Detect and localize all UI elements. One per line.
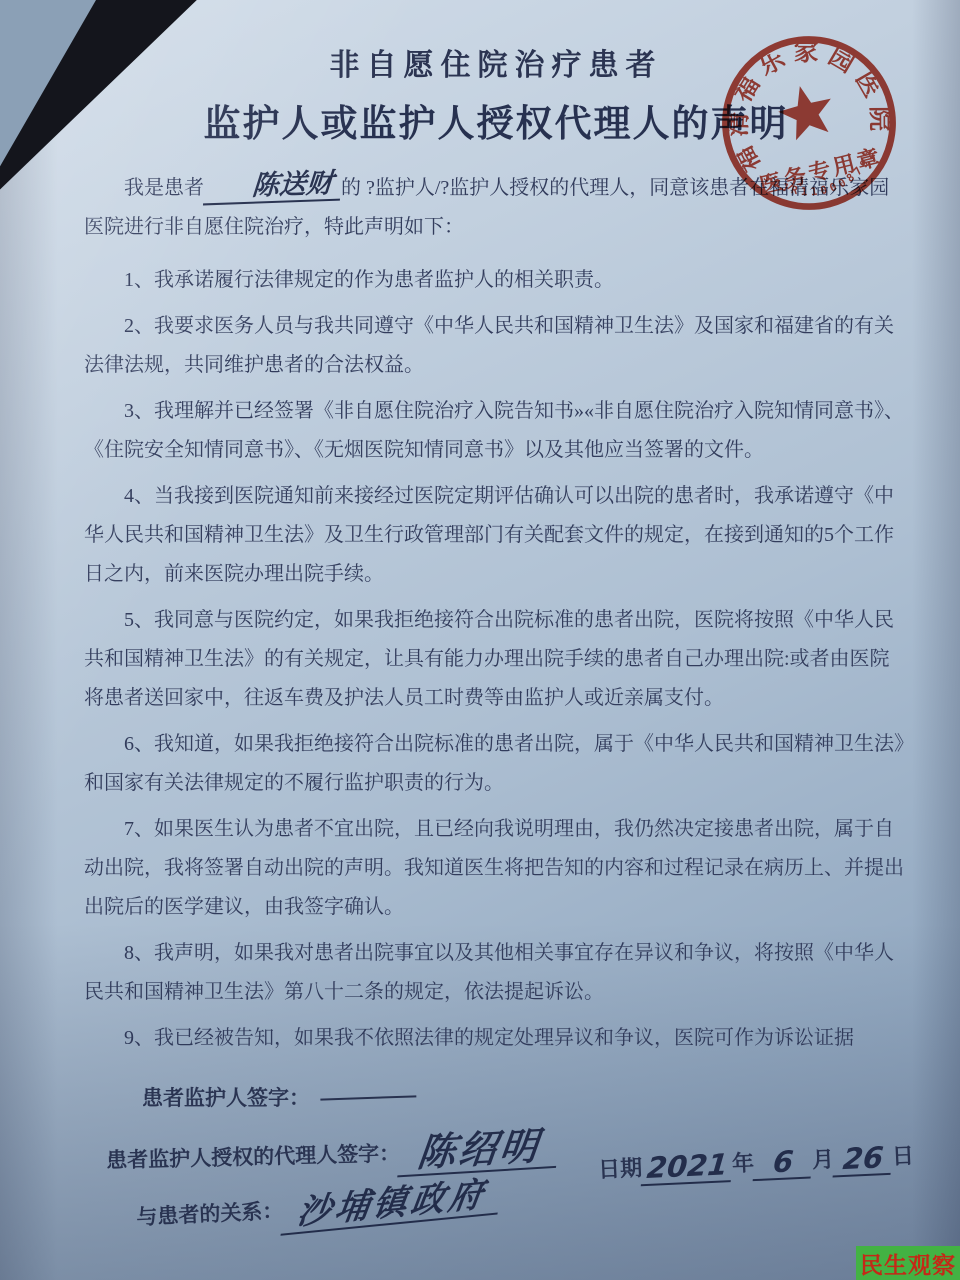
guardian-signature-label: 患者监护人签字： — [142, 1086, 310, 1110]
date-year-handwritten: 2021 — [641, 1150, 734, 1186]
clause-9: 9、我已经被告知，如果我不依照法律的规定处理异议和争议，医院可作为诉讼证据 — [84, 1019, 908, 1058]
agent-signature-label: 患者监护人授权的代理人签字： — [106, 1141, 400, 1172]
clause-list: 1、我承诺履行法律规定的作为患者监护人的相关职责。 2、我要求医务人员与我共同遵… — [84, 261, 908, 1058]
date-day-unit: 日 — [891, 1143, 914, 1169]
clause-6: 6、我知道，如果我拒绝接符合出院标准的患者出院，属于《中华人民共和国精神卫生法》… — [84, 725, 908, 803]
relation-label: 与患者的关系： — [136, 1199, 284, 1230]
document-paper: 非自愿住院治疗患者 监护人或监护人授权代理人的声明 我是患者陈送财的 ?监护人/… — [0, 0, 960, 1280]
relation-handwritten: 沙埔镇政府 — [280, 1176, 503, 1236]
date-month-handwritten: 6 — [753, 1146, 814, 1181]
patient-name-handwritten: 陈送财 — [203, 170, 342, 206]
intro-prefix: 我是患者 — [124, 177, 204, 199]
clause-8: 8、我声明，如果我对患者出院事宜以及其他相关事宜存在异议和争议，将按照《中华人民… — [84, 934, 908, 1012]
guardian-signature-row: 患者监护人签字： — [84, 1082, 908, 1112]
clause-5: 5、我同意与医院约定，如果我拒绝接符合出院标准的患者出院，医院将按照《中华人民共… — [84, 601, 908, 718]
date-label: 日期 — [598, 1155, 643, 1182]
clause-4: 4、当我接到医院通知前来接经过医院定期评估确认可以出院的患者时，我承诺遵守《中华… — [84, 477, 908, 594]
clause-7: 7、如果医生认为患者不宜出院，且已经向我说明理由，我仍然决定接患者出院，属于自动… — [84, 810, 908, 927]
watermark-badge: 民生观察 — [856, 1246, 960, 1280]
date-day-handwritten: 26 — [833, 1143, 894, 1178]
date-year-unit: 年 — [731, 1150, 754, 1176]
seal-star-icon — [774, 80, 839, 143]
clause-1: 1、我承诺履行法律规定的作为患者监护人的相关职责。 — [84, 261, 908, 300]
guardian-signature-blank — [320, 1074, 417, 1100]
photo-scene: 非自愿住院治疗患者 监护人或监护人授权代理人的声明 我是患者陈送财的 ?监护人/… — [0, 0, 960, 1280]
clause-2: 2、我要求医务人员与我共同遵守《中华人民共和国精神卫生法》及国家和福建省的有关法… — [84, 307, 908, 385]
agent-signature-handwritten: 陈绍明 — [397, 1126, 561, 1178]
date-month-unit: 月 — [811, 1146, 834, 1172]
clause-3: 3、我理解并已经签署《非自愿住院治疗入院告知书»«非自愿住院治疗入院知情同意书》… — [84, 392, 908, 470]
